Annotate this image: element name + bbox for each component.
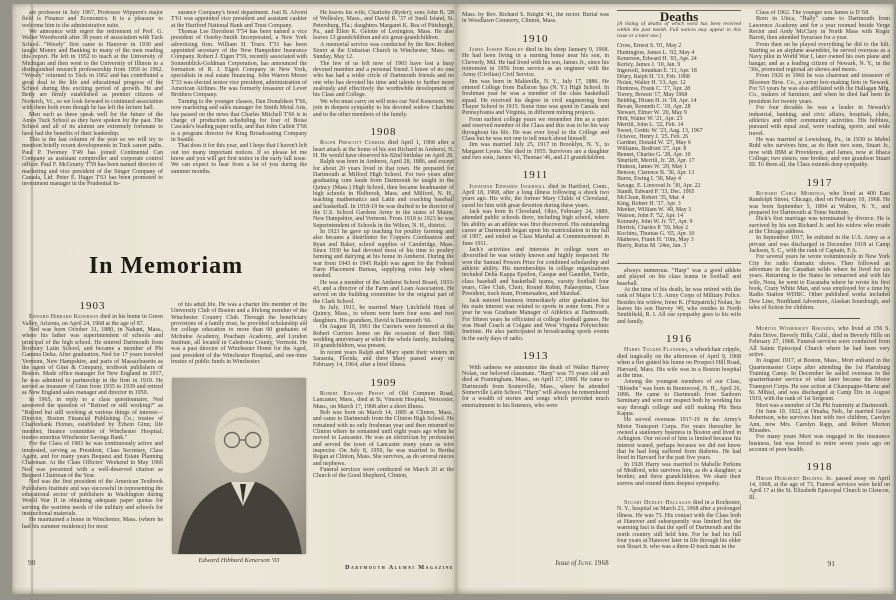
issue-footer-prefix: Issue of	[555, 560, 578, 567]
deaths-listing: Deaths [A listing of deaths of which wor…	[617, 10, 741, 264]
photo-caption: Edward Hibbard Kenerson '03	[162, 557, 316, 564]
in-memoriam-heading: In Memoriam	[22, 253, 310, 280]
paragraph-text: For many years Mort was engaged in the i…	[749, 434, 890, 453]
paragraph-text: Ned was the first president of the Ameri…	[22, 479, 163, 517]
paragraph-text: In August 1917, at Boston, Mass., Mort e…	[749, 358, 890, 402]
obit-paragraph: He leaves his wife, Charlotte (Ryder); s…	[313, 10, 454, 42]
paragraph-text: He leaves his wife, Charlotte (Ryder); s…	[313, 10, 454, 41]
paragraph-text: At the time of his death, he was retired…	[617, 287, 741, 325]
obit-name: Edward Hibbard Kenerson	[29, 314, 99, 320]
paragraph-text: Jack's activities and interests in colle…	[462, 247, 609, 297]
obit-paragraph: Ralph Prescott Currier died April 1, 196…	[313, 140, 454, 159]
paragraph-text: That does it for this year, and I hope t…	[171, 143, 307, 174]
deaths-entries: Cross, Ernest S. '01, May 2Huntington, J…	[617, 43, 741, 249]
obit-paragraph: Jack entered business immediately after …	[462, 298, 609, 342]
obit-paragraph: Mass. by Rev. Richard S. Knight '41, the…	[462, 12, 609, 25]
obit-1916-flanders: Harry Tucker Flanders, a wheelchair crip…	[617, 347, 741, 487]
obit-paragraph: With sadness we announce the death of Wa…	[462, 365, 609, 409]
obit-paragraph: always numerous. "Harp" was a good athle…	[617, 268, 741, 287]
paragraph-text: From earliest college years we remember …	[462, 117, 609, 142]
body-paragraph: Men such as these speak well for the fut…	[22, 112, 163, 137]
obit-1909-continuation: Mass. by Rev. Richard S. Knight '41, the…	[462, 12, 609, 25]
portrait-photo-drawing	[172, 378, 306, 554]
obit-1913-col5: always numerous. "Harp" was a good athle…	[617, 268, 741, 325]
paragraph-text: always numerous. "Harp" was a good athle…	[617, 268, 741, 287]
paragraph-text: Among the youngest members of our Class,…	[617, 379, 741, 417]
paragraph-text: In July, 1911, he married Mary Litchfiel…	[313, 305, 454, 324]
obit-name: Hiram Hurlburt Belding Jr.	[756, 476, 833, 482]
obit-separator-space	[617, 487, 741, 500]
obit-1917-rhoades: Morton Womersley Rhoades, who lived at 1…	[749, 326, 890, 453]
paragraph-text: ate professor in July 1967, Professor Wi…	[22, 10, 163, 29]
obit-paragraph: In July, 1911, he married Mary Litchfiel…	[313, 305, 454, 324]
obit-paragraph: Stuart Dudley Hallagan died in a Rochest…	[617, 500, 741, 551]
paragraph-text: He served overseas 1917-19 in the Army's…	[617, 417, 741, 461]
obit-paragraph: For the Class of 1903 he was continuousl…	[22, 441, 163, 479]
obit-paragraph: Ralph was born in Amherst, April 28, 188…	[313, 159, 454, 229]
paragraph-text: With sadness we announce the death of Wa…	[462, 365, 609, 409]
paragraph-text: Jim was born in Maltaville, N. Y., July …	[462, 79, 609, 117]
page-left: ate professor in July 1967, Professor Wi…	[12, 4, 456, 594]
obit-name: Harry Tucker Flanders	[624, 347, 687, 353]
page-number-left: 90	[28, 558, 36, 567]
obit-1903-col1: Edward Hibbard Kenerson died in his home…	[22, 314, 163, 530]
tuck-column-1: ate professor in July 1967, Professor Wi…	[22, 10, 163, 252]
body-paragraph: We announce with regret the retirement o…	[22, 29, 163, 111]
paragraph-text: Ralph was born in Amherst, April 28, 188…	[313, 159, 454, 228]
obit-paragraph: The few of us left now of 1903 have lost…	[313, 61, 454, 99]
obit-paragraph: In recent years Ralph and Mary spent the…	[313, 350, 454, 369]
paragraph-text: In September 1917, he enlisted in the U.…	[749, 235, 890, 254]
paragraph-text: Ned was born October 31, 1880, in Nahant…	[22, 327, 163, 396]
paragraph-text: surance Company's bond department. Joel …	[171, 10, 307, 29]
body-paragraph: ate professor in July 1967, Professor Wi…	[22, 10, 163, 29]
obit-paragraph: We who must carry on will miss our Ned K…	[313, 99, 454, 118]
year-heading-1911: 1911	[462, 172, 609, 178]
obit-paragraph: A memorial service was conducted by the …	[313, 42, 454, 61]
portrait-photo	[172, 378, 306, 554]
paragraph-text: He was married at Lewisburg, Pa., in 193…	[749, 137, 890, 168]
obit-1909: Robert Edward Priest of Old Common Road,…	[313, 391, 454, 480]
obit-paragraph: In September 1917, he enlisted in the U.…	[749, 235, 890, 254]
paragraph-text: Funeral services were conducted on March…	[313, 467, 454, 479]
paragraph-text: He maintained a home in Winchester, Mass…	[22, 517, 163, 529]
year-heading-1909: 1909	[313, 380, 454, 386]
obit-paragraph: Edward Hibbard Kenerson died in his home…	[22, 314, 163, 327]
year-heading-1916: 1916	[617, 336, 741, 342]
paragraph-text: For several years he wrote voluminously …	[749, 254, 890, 311]
right-page-column-1: Mass. by Rev. Richard S. Knight '41, the…	[462, 12, 609, 554]
obit-paragraph: He was married at Lewisburg, Pa., in 193…	[749, 137, 890, 169]
obit-paragraph: Jonathan Edwards Ingersoll died in Hartf…	[462, 184, 609, 209]
obit-paragraph: Bob was born on March 14, 1885 at Clinto…	[313, 410, 454, 467]
obit-paragraph: Jack's activities and interests in colle…	[462, 247, 609, 298]
obit-paragraph: For many years Mort was engaged in the i…	[749, 434, 890, 453]
obit-1918: Hiram Hurlburt Belding Jr. passed away o…	[749, 476, 890, 501]
magazine-spread: ate professor in July 1967, Professor Wi…	[0, 0, 896, 600]
obit-paragraph: In 1965, in reply to a class questionnai…	[22, 397, 163, 441]
obit-paragraph: Among the youngest members of our Class,…	[617, 379, 741, 417]
paragraph-text: Dick's first marriage was terminated by …	[749, 216, 890, 235]
obit-name: Jonathan Edwards Ingersoll	[469, 184, 546, 190]
paragraph-text: Mort was a member of Chi Phi fraternity …	[756, 403, 889, 409]
body-paragraph: Thomas Lee Davidson T'54 has been named …	[171, 29, 307, 99]
paragraph-text: Mass. by Rev. Richard S. Knight '41, the…	[462, 12, 609, 24]
obit-1916-hallagan: Stuart Dudley Hallagan died in a Rochest…	[617, 500, 741, 551]
right-page-column-2: Deaths [A listing of deaths of which wor…	[617, 8, 741, 558]
obit-paragraph: From then on he played everything he did…	[749, 42, 890, 74]
obit-paragraph: On August 18, 1961 the Curriers were hon…	[313, 324, 454, 349]
paragraph-text: Born in Utica, "Hally" came to Dartmouth…	[749, 16, 890, 41]
obit-1910: James Joseph Kerley died in his sleep Ja…	[462, 47, 609, 161]
death-entry: Bierly, Rufus M. '24m, Jan. 3	[617, 243, 741, 249]
paragraph-text: died in a Rochester, N. Y., hospital on …	[617, 500, 741, 550]
obit-1917-morenus: Richard Cable Morenus, who lived at 400 …	[749, 191, 890, 312]
obit-paragraph: Born in Utica, "Hally" came to Dartmouth…	[749, 16, 890, 41]
obit-paragraph: He maintained a home in Winchester, Mass…	[22, 517, 163, 530]
obit-paragraph: Robert Edward Priest of Old Common Road,…	[313, 391, 454, 410]
paragraph-text: On August 18, 1961 the Curriers were hon…	[313, 324, 454, 349]
year-heading-1910: 1910	[462, 36, 609, 42]
paragraph-text: Jack entered business immediately after …	[462, 298, 609, 342]
paragraph-text: We announce with regret the retirement o…	[22, 29, 163, 111]
obit-paragraph: James Joseph Kerley died in his sleep Ja…	[462, 47, 609, 79]
paragraph-text: In 1920 Harry was married to Mabelle Per…	[617, 462, 741, 487]
obit-section-1903: 1903 Edward Hibbard Kenerson died in his…	[22, 292, 163, 588]
obit-paragraph: In August 1917, at Boston, Mass., Mort e…	[749, 358, 890, 402]
deaths-note: [A listing of deaths of which word has b…	[617, 22, 741, 39]
obit-1913-col4: With sadness we announce the death of Wa…	[462, 365, 609, 409]
deaths-heading: Deaths	[617, 14, 741, 20]
paragraph-text: A memorial service was conducted by the …	[313, 42, 454, 61]
obit-paragraph: From earliest college years we remember …	[462, 117, 609, 142]
paragraph-text: This is the last column of the year so w…	[22, 137, 163, 187]
paragraph-text: From 1926 to 1960 he was chairman and tr…	[749, 73, 890, 104]
obit-paragraph: He was a member of the Amherst School Bo…	[313, 280, 454, 305]
paragraph-text: Men such as these speak well for the fut…	[22, 112, 163, 137]
issue-footer-date: June 1968	[578, 560, 609, 567]
obit-1908: Ralph Prescott Currier died April 1, 196…	[313, 140, 454, 368]
paragraph-text: For the Class of 1903 he was continuousl…	[22, 441, 163, 479]
year-heading-1908: 1908	[313, 129, 454, 135]
obit-paragraph: Funeral services were conducted on March…	[313, 467, 454, 480]
obit-name: Ralph Prescott Currier	[320, 140, 385, 146]
paragraph-text: From then on he played everything he did…	[749, 42, 890, 73]
body-paragraph: Turning to the younger classes, Dan Dona…	[171, 99, 307, 143]
obit-paragraph: Harry Tucker Flanders, a wheelchair crip…	[617, 347, 741, 379]
body-paragraph: surance Company's bond department. Joel …	[171, 10, 307, 29]
paragraph-text: On June 10, 1922, at Omaha, Neb., he mar…	[749, 409, 890, 434]
paragraph-text: Jack was born in Cleveland, Ohio, Februa…	[462, 209, 609, 247]
obit-paragraph: On June 10, 1922, at Omaha, Neb., he mar…	[749, 409, 890, 434]
tuck-column-2: surance Company's bond department. Joel …	[171, 10, 307, 256]
obit-name: Richard Cable Morenus	[756, 191, 824, 197]
obit-paragraph: Ned was the first president of the Ameri…	[22, 479, 163, 517]
obit-paragraph: of his adult life. He was a charter life…	[171, 302, 307, 365]
obit-1911: Jonathan Edwards Ingersoll died in Hartf…	[462, 184, 609, 343]
obit-name: James Joseph Kerley	[469, 47, 524, 53]
paragraph-text: In 1965, in reply to a class questionnai…	[22, 397, 163, 441]
obit-paragraph: In 1920 Harry was married to Mabelle Per…	[617, 462, 741, 487]
obit-name: Morton Womersley Rhoades	[756, 326, 834, 332]
obit-paragraph: Ned was born October 31, 1880, in Nahant…	[22, 327, 163, 397]
paragraph-text: Bob was born on March 14, 1885 at Clinto…	[313, 410, 454, 467]
magazine-footer: Dartmouth Alumni Magazine	[310, 564, 454, 571]
left-page-column-3: He leaves his wife, Charlotte (Ryder); s…	[313, 10, 454, 556]
obit-paragraph: For four decades he was a leader in Newa…	[749, 105, 890, 137]
obit-divider-rule	[779, 318, 861, 319]
obit-paragraph: Dick's first marriage was terminated by …	[749, 216, 890, 235]
obit-paragraph: Hiram Hurlburt Belding Jr. passed away o…	[749, 476, 890, 501]
paragraph-text: The few of us left now of 1903 have lost…	[313, 61, 454, 99]
paragraph-text: In 1923 he gave up teaching for poultry …	[313, 229, 454, 279]
body-paragraph: This is the last column of the year so w…	[22, 137, 163, 188]
obit-1903-col2: of his adult life. He was a charter life…	[171, 302, 307, 378]
paragraph-text: In recent years Ralph and Mary spent the…	[313, 350, 454, 369]
obit-paragraph: Jim was born in Maltaville, N. Y., July …	[462, 79, 609, 117]
obit-paragraph: In 1923 he gave up teaching for poultry …	[313, 229, 454, 280]
body-paragraph: That does it for this year, and I hope t…	[171, 143, 307, 175]
obit-paragraph: At the time of his death, he was retired…	[617, 287, 741, 325]
obit-1903-col3: He leaves his wife, Charlotte (Ryder); s…	[313, 10, 454, 118]
year-heading-1913: 1913	[462, 353, 609, 359]
year-heading-1903: 1903	[22, 303, 163, 309]
paragraph-text: For four decades he was a leader in Newa…	[749, 105, 890, 136]
paragraph-text: Turning to the younger classes, Dan Dona…	[171, 99, 307, 143]
obit-paragraph: He served overseas 1917-19 in the Army's…	[617, 417, 741, 461]
obit-paragraph: From 1926 to 1960 he was chairman and tr…	[749, 73, 890, 105]
page-right: Mass. by Rev. Richard S. Knight '41, the…	[456, 4, 894, 594]
year-heading-1917: 1917	[749, 180, 890, 186]
obit-paragraph: Richard Cable Morenus, who lived at 400 …	[749, 191, 890, 216]
page-number-right: 91	[749, 559, 835, 568]
paragraph-text: We who must carry on will miss our Ned K…	[313, 99, 454, 118]
paragraph-text: He was a member of the Amherst School Bo…	[313, 280, 454, 305]
year-heading-1918: 1918	[749, 464, 890, 470]
paragraph-text: Jim was married July 25, 1917 in Brookly…	[462, 142, 609, 161]
obit-1916-hallagan-continuation: Class of 1962. The younger son James is …	[749, 10, 890, 169]
issue-footer: Issue of June 1968	[462, 560, 609, 567]
obit-paragraph: For several years he wrote voluminously …	[749, 254, 890, 311]
paragraph-text: Thomas Lee Davidson T'54 has been named …	[171, 29, 307, 98]
obit-name: Robert Edward Priest	[320, 391, 384, 397]
obit-paragraph: Morton Womersley Rhoades, who lived at 1…	[749, 326, 890, 358]
obit-paragraph: Jack was born in Cleveland, Ohio, Februa…	[462, 209, 609, 247]
right-page-column-3: Class of 1962. The younger son James is …	[749, 10, 890, 554]
paragraph-text: of his adult life. He was a charter life…	[171, 302, 307, 365]
obit-paragraph: Jim was married July 25, 1917 in Brookly…	[462, 142, 609, 161]
